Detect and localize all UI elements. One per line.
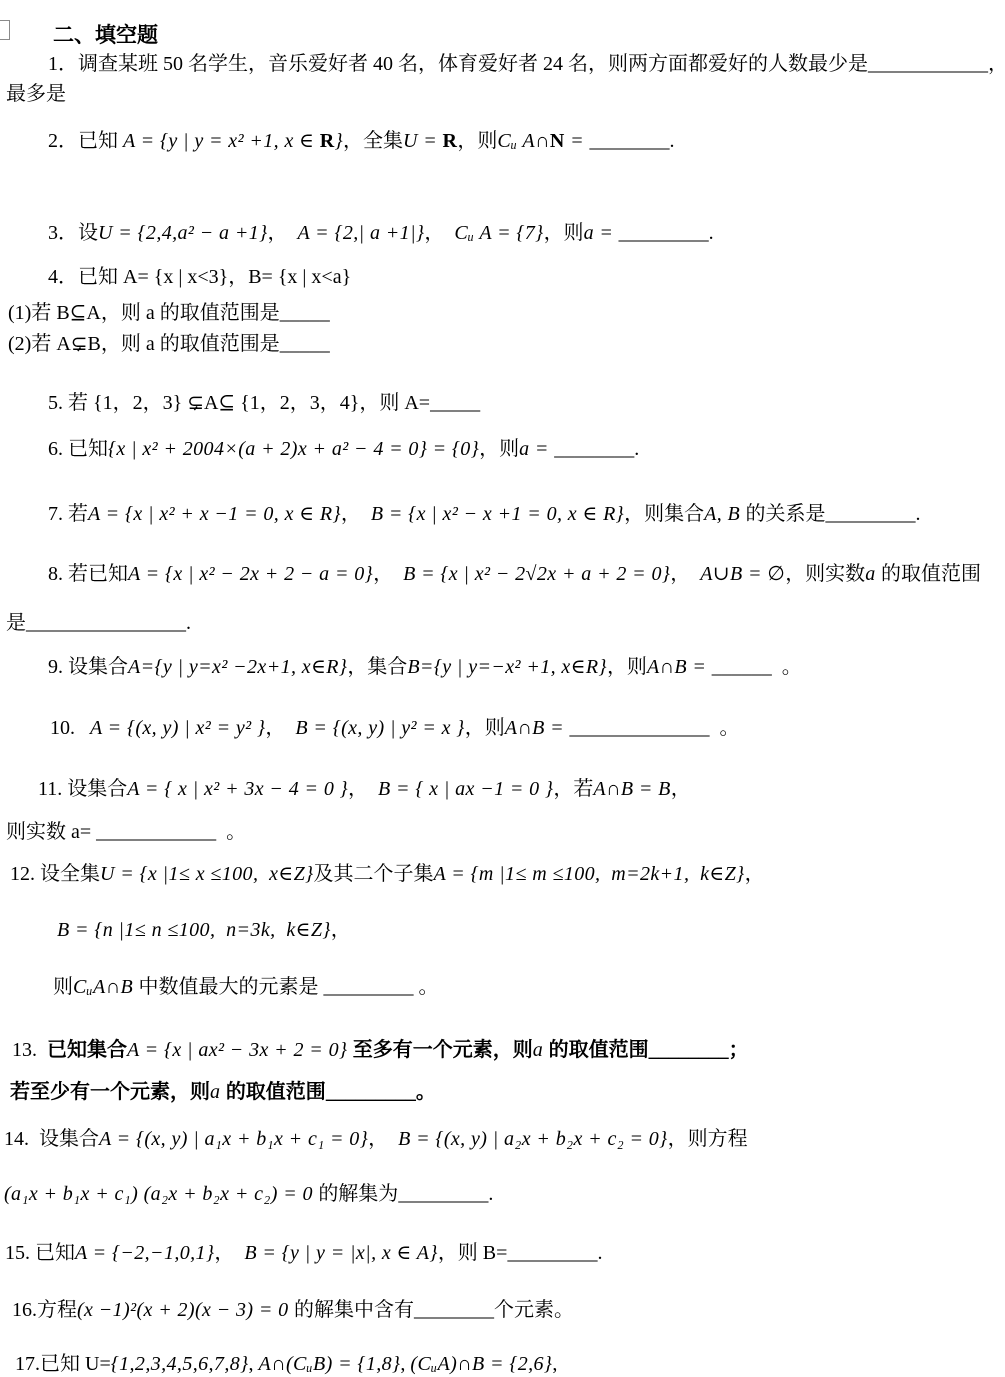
text-run: (2)若 A⊊B，则 a 的取值范围是 (8, 333, 280, 355)
text-run: . (186, 612, 191, 634)
text-run: A∩B = (647, 656, 712, 678)
text-run: 是 (6, 612, 26, 634)
text-run: 6. 已知 (48, 438, 108, 460)
text-run: A∩(CᵤB) = {1,8} (259, 1353, 401, 1375)
text-run: . (916, 503, 921, 525)
line-q8: 8. 若已知A = {x | x² − 2x + 2 − a = 0}， B =… (48, 562, 981, 587)
text-run: N (550, 130, 565, 152)
text-run: A∪B = ∅ (700, 563, 785, 585)
text-run: ，则 B= (438, 1242, 508, 1264)
text-run: _____ (280, 333, 330, 355)
text-run: ， (988, 53, 1005, 75)
text-run: ，则 (544, 222, 584, 244)
text-run: 中数值最大的元素是 (138, 976, 318, 998)
text-run: ， (368, 1128, 398, 1150)
text-run: . (669, 130, 674, 152)
text-run: 至多有一个元素，则 (353, 1039, 533, 1061)
text-run: Cᵤ A∩ (497, 130, 550, 152)
text-run: . (488, 1183, 493, 1205)
text-run: B = {x | x² − x +1 = 0, x ∈ R} (371, 503, 624, 525)
line-q11: 11. 设集合A = { x | x² + 3x − 4 = 0 }， B = … (38, 777, 691, 802)
line-q5: 5. 若 {1，2，3} ⊊A⊆ {1，2，3，4}，则 A=_____ (48, 391, 480, 416)
text-run: _________ (826, 503, 916, 525)
text-run: 已知集合 (47, 1039, 127, 1061)
text-run: 最多是 (6, 83, 66, 105)
text-run: R (443, 130, 458, 152)
text-run: A = {2,| a +1|} (298, 222, 425, 244)
line-q6: 6. 已知{x | x² + 2004×(a + 2)x + a² − 4 = … (48, 437, 639, 462)
text-run: A∩B = B (593, 778, 670, 800)
line-q3: 3．设U = {2,4,a² − a +1}， A = {2,| a +1|}，… (48, 221, 714, 246)
text-run: A = {y | y = x² +1, x ∈ (123, 130, 320, 152)
line-q4-1: (1)若 B⊆A，则 a 的取值范围是_____ (8, 301, 330, 326)
text-run: 则 (53, 976, 73, 998)
text-run: ； (729, 1039, 749, 1061)
text-run: (x −1)²(x + 2)(x − 3) = 0 (77, 1299, 294, 1321)
text-run: B={y | y=−x² +1, x∈R} (407, 656, 607, 678)
text-run: 的关系是 (746, 503, 826, 525)
text-run: 。 (416, 1081, 436, 1103)
text-run: 。 (772, 656, 802, 678)
text-run: ，则 (607, 656, 647, 678)
text-run: 3．设 (48, 222, 98, 244)
text-run: A = {x | x² − 2x + 2 − a = 0} (128, 563, 373, 585)
line-q13-cont: 若至少有一个元素，则a 的取值范围_________。 (10, 1080, 436, 1105)
text-run: 的取值范围 (226, 1081, 326, 1103)
text-run: ________________ (26, 612, 186, 634)
text-run: 5. 若 {1，2，3} ⊊A⊆ {1，2，3，4}，则 A= (48, 392, 430, 414)
text-run: _________ (318, 976, 418, 998)
line-q15: 15. 已知A = {−2,−1,0,1}， B = {y | y = |x|,… (5, 1241, 602, 1266)
text-run: ____________ (96, 821, 216, 843)
text-run: 15. 已知 (5, 1242, 75, 1264)
text-run: U = {2,4,a² − a +1} (98, 222, 268, 244)
text-run: A, B (704, 503, 745, 525)
text-run: ________ (554, 438, 634, 460)
line-q9: 9. 设集合A={y | y=x² −2x+1, x∈R}，集合B={y | y… (48, 655, 802, 680)
text-run: . (597, 1242, 602, 1264)
text-run: ______ (712, 656, 772, 678)
text-run: 2．已知 (48, 130, 123, 152)
text-run: 的解集为 (318, 1183, 398, 1205)
text-run: 16.方程 (12, 1299, 77, 1321)
text-run: A = {−2,−1,0,1} (75, 1242, 214, 1264)
text-run: ， (671, 778, 691, 800)
text-run: ，则集合 (624, 503, 704, 525)
text-run: = (565, 130, 590, 152)
line-q4-2: (2)若 A⊊B，则 a 的取值范围是_____ (8, 332, 330, 357)
line-q11-cont: 则实数 a= ____________ 。 (6, 820, 246, 845)
text-run: {x | x² + 2004×(a + 2)x + a² − 4 = 0} = … (108, 438, 479, 460)
section-title: 二、填空题 (53, 22, 158, 48)
text-run: ， (265, 717, 295, 739)
text-run: ， (348, 778, 378, 800)
line-q10: 10. A = {(x, y) | x² = y² }， B = {(x, y)… (50, 716, 739, 741)
text-run: _____ (280, 302, 330, 324)
text-run: ________ (414, 1299, 494, 1321)
text-run: A = {(x, y) | a₁x + b₁x + c₁ = 0} (99, 1128, 368, 1150)
text-run: _________ (507, 1242, 597, 1264)
text-run: ， (424, 222, 454, 244)
text-run: _____ (430, 392, 480, 414)
text-run: R (320, 130, 335, 152)
text-run: , (249, 1353, 259, 1375)
text-run: A = {x | x² + x −1 = 0, x ∈ R} (88, 503, 341, 525)
line-q4: 4．已知 A= {x | x<3}，B= {x | x<a} (48, 265, 351, 290)
line-q12-cont: 则CᵤA∩B 中数值最大的元素是 _________ 。 (53, 975, 438, 1000)
text-run: (CᵤA)∩B = {2,6} (410, 1353, 552, 1375)
text-run: 的取值范围 (881, 563, 981, 585)
text-run: ， (373, 563, 403, 585)
line-q13: 13. 已知集合A = {x | ax² − 3x + 2 = 0} 至多有一个… (12, 1038, 749, 1063)
text-run: B = { x | ax −1 = 0 } (378, 778, 553, 800)
text-run: a (865, 563, 881, 585)
text-run: A = {m |1≤ m ≤100, m=2k+1, k∈Z} (434, 863, 745, 885)
text-run: CᵤA∩B (73, 976, 138, 998)
text-run: 13. (12, 1039, 47, 1061)
text-run: , (400, 1353, 410, 1375)
text-run: } (335, 130, 343, 152)
line-q2: 2．已知 A = {y | y = x² +1, x ∈ R}，全集U = R，… (48, 129, 674, 154)
text-run: . (634, 438, 639, 460)
text-run: 12. 设全集 (10, 863, 100, 885)
line-q1: 1．调查某班 50 名学生，音乐爱好者 40 名，体育爱好者 24 名，则两方面… (48, 52, 1005, 77)
text-run: B = {x | x² − 2√2x + a + 2 = 0} (403, 563, 670, 585)
text-run: 。 (418, 976, 438, 998)
text-run: 7. 若 (48, 503, 88, 525)
text-run: ，则实数 (785, 563, 865, 585)
document-page: 二、填空题 1．调查某班 50 名学生，音乐爱好者 40 名，体育爱好者 24 … (0, 0, 1005, 1377)
text-run: {1,2,3,4,5,6,7,8} (111, 1353, 249, 1375)
text-run: 4．已知 A= {x | x<3}，B= {x | x<a} (48, 266, 351, 288)
text-run: B = {n |1≤ n ≤100, n=3k, k∈Z} (57, 919, 331, 941)
text-run: (1)若 B⊆A，则 a 的取值范围是 (8, 302, 280, 324)
text-run: ， (214, 1242, 244, 1264)
text-run: U = {x |1≤ x ≤100, x∈Z} (100, 863, 314, 885)
text-run: B = {y | y = |x|, x ∈ A} (244, 1242, 437, 1264)
line-q12: 12. 设全集U = {x |1≤ x ≤100, x∈Z}及其二个子集A = … (10, 862, 765, 887)
text-run: ，若 (553, 778, 593, 800)
text-run: ，则 (479, 438, 519, 460)
text-run: , (552, 1353, 557, 1375)
text-run: 的解集中含有 (294, 1299, 414, 1321)
text-run: _________ (326, 1081, 416, 1103)
text-run: _________ (398, 1183, 488, 1205)
text-run: A∩B = (505, 717, 570, 739)
text-run: A={y | y=x² −2x+1, x∈R} (128, 656, 347, 678)
text-run: a (210, 1081, 226, 1103)
text-run: 个元素。 (494, 1299, 574, 1321)
text-run: ________ (649, 1039, 729, 1061)
text-run: 1．调查某班 50 名学生，音乐爱好者 40 名，体育爱好者 24 名，则两方面… (48, 53, 868, 75)
text-run: a = (584, 222, 619, 244)
text-run: ，则 (457, 130, 497, 152)
text-run: (a₁x + b₁x + c₁) (a₂x + b₂x + c₂) = 0 (4, 1183, 318, 1205)
text-run: ______________ (569, 717, 709, 739)
text-run: 14. 设集合 (4, 1128, 99, 1150)
text-run: 11. 设集合 (38, 778, 127, 800)
text-run: ， (268, 222, 298, 244)
text-run: ， (745, 863, 765, 885)
line-q7: 7. 若A = {x | x² + x −1 = 0, x ∈ R}， B = … (48, 502, 921, 527)
text-run: 8. 若已知 (48, 563, 128, 585)
text-run: Cᵤ A = {7} (454, 222, 543, 244)
text-run: 9. 设集合 (48, 656, 128, 678)
text-run: A = {(x, y) | x² = y² } (90, 717, 265, 739)
text-run: 10. (50, 717, 90, 739)
line-q17: 17.已知 U={1,2,3,4,5,6,7,8}, A∩(CᵤB) = {1,… (15, 1352, 557, 1377)
text-run: _________ (619, 222, 709, 244)
line-q14-cont: (a₁x + b₁x + c₁) (a₂x + b₂x + c₂) = 0 的解… (4, 1182, 493, 1207)
text-run: ， (331, 919, 351, 941)
page-corner-artifact (0, 20, 10, 40)
text-run: ，全集 (343, 130, 403, 152)
text-run: B = {(x, y) | a₂x + b₂x + c₂ = 0} (398, 1128, 667, 1150)
text-run: ，则方程 (668, 1128, 748, 1150)
text-run: 的取值范围 (549, 1039, 649, 1061)
text-run: ____________ (868, 53, 988, 75)
text-run: a = (519, 438, 554, 460)
text-run: 。 (216, 821, 246, 843)
text-run: A = { x | x² + 3x − 4 = 0 } (127, 778, 348, 800)
text-run: ，则 (465, 717, 505, 739)
text-run: 若至少有一个元素，则 (10, 1081, 210, 1103)
line-q8-cont: 是________________. (6, 611, 191, 636)
line-q1-cont: 最多是 (6, 82, 66, 107)
text-run: 则实数 a= (6, 821, 96, 843)
text-run: a (533, 1039, 549, 1061)
text-run: U = (403, 130, 443, 152)
text-run: ，集合 (347, 656, 407, 678)
text-run: . (709, 222, 714, 244)
text-run: ________ (589, 130, 669, 152)
line-q14: 14. 设集合A = {(x, y) | a₁x + b₁x + c₁ = 0}… (4, 1127, 748, 1152)
text-run: 。 (709, 717, 739, 739)
line-q16: 16.方程(x −1)²(x + 2)(x − 3) = 0 的解集中含有___… (12, 1298, 574, 1323)
text-run: 17.已知 U= (15, 1353, 111, 1375)
text-run: 及其二个子集 (314, 863, 434, 885)
text-run: B = {(x, y) | y² = x } (295, 717, 464, 739)
text-run: ， (670, 563, 700, 585)
line-q12-b: B = {n |1≤ n ≤100, n=3k, k∈Z}， (57, 918, 351, 943)
text-run: A = {x | ax² − 3x + 2 = 0} (127, 1039, 353, 1061)
text-run: ， (341, 503, 371, 525)
